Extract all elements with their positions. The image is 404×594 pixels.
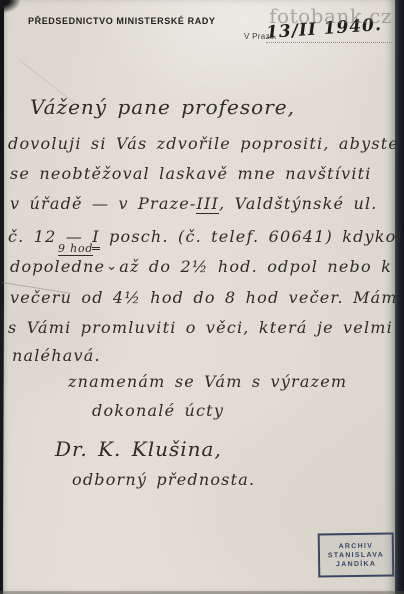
- stamp-line-3: JANDÍKA: [336, 559, 376, 569]
- body-line-4-text-end: posch. (č. telef. 60641) kdykoliv: [100, 227, 404, 246]
- body-line-5-text: dopoledne: [10, 257, 105, 276]
- archive-stamp: ARCHIV STANISLAVA JANDÍKA: [318, 532, 395, 577]
- stamp-line-1: ARCHIV: [338, 541, 373, 550]
- body-line-7: s Vámi promluviti o věci, která je velmi: [8, 318, 393, 337]
- scan-edge-left: [0, 0, 4, 540]
- letterhead-title: PŘEDSEDNICTVO MINISTERSKÉ RADY: [28, 16, 216, 26]
- body-line-3-text-end: , Valdštýnské ul.: [219, 194, 378, 213]
- salutation-line: Vážený pane profesore,: [30, 95, 295, 119]
- body-line-8: naléhavá.: [12, 346, 101, 365]
- insertion-caret-mark: ⌄: [106, 259, 118, 274]
- body-line-3: v úřadě — v Praze-III, Valdštýnské ul.: [10, 194, 378, 213]
- body-line-2: se neobtěžoval laskavě mne navštíviti: [10, 164, 372, 183]
- body-line-6: večeru od 4½ hod do 8 hod večer. Mám: [10, 288, 398, 307]
- interline-insertion-note: 9 hod: [58, 242, 93, 256]
- scanned-letter-page: PŘEDSEDNICTVO MINISTERSKÉ RADY fotobank.…: [0, 0, 404, 594]
- underlined-floor-numeral: I: [92, 227, 100, 250]
- signature-name: Dr. K. Klušina,: [55, 437, 222, 461]
- photobank-watermark: fotobank.cz: [269, 4, 392, 28]
- corner-shadow-mark: [0, 0, 20, 13]
- closing-line-2: dokonalé úcty: [92, 401, 224, 420]
- body-line-5-text-end: až do 2½ hod. odpol nebo k: [119, 257, 392, 276]
- underlined-roman-numeral: III: [196, 194, 219, 214]
- body-line-1: dovoluji si Vás zdvořile poprositi, abys…: [8, 134, 399, 153]
- body-line-3-text: v úřadě — v Praze-: [10, 194, 196, 213]
- closing-line-1: znamenám se Vám s výrazem: [68, 372, 347, 391]
- signature-title: odborný přednosta.: [72, 470, 255, 489]
- body-line-5: dopoledne⌄až do 2½ hod. odpol nebo k: [10, 257, 392, 276]
